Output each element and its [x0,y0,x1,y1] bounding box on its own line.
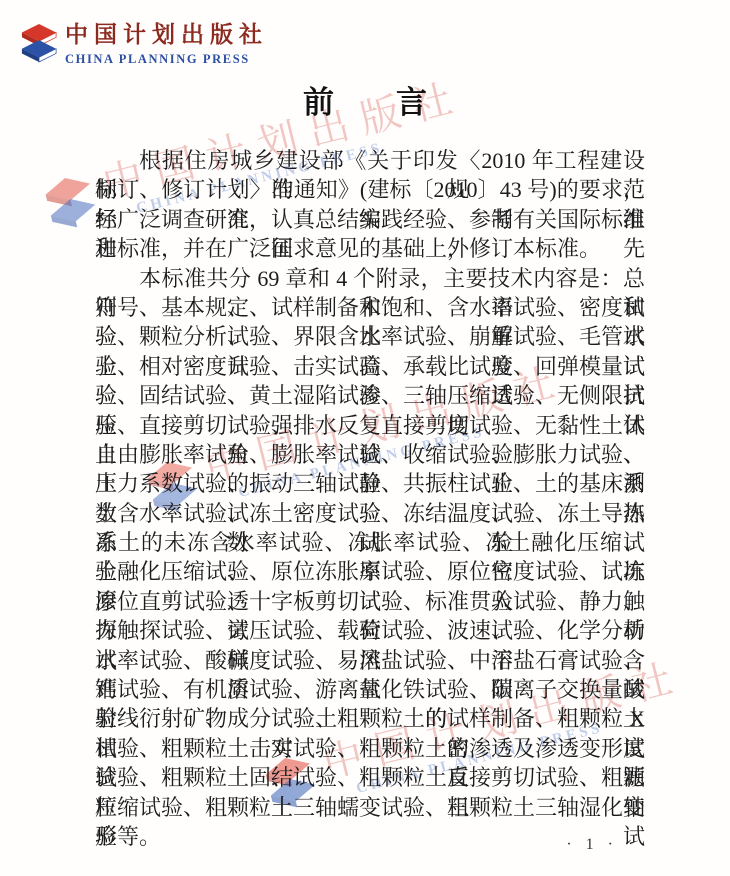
publisher-logo: 中国计划出版社 CHINA PLANNING PRESS [20,22,268,66]
text-line: 符号、基本规定、试样制备和饱和、含水率试验、密度试验、比重试 [95,293,645,322]
text-line: 钙试验、有机质试验、游离氧化铁试验、阳离子交换量试验、土的 X [95,675,645,704]
text-line: 土含水率试验、冻土密度试验、冻结温度试验、冻土导热系数试验、 [95,499,645,528]
text-line: 射线衍射矿物成分试验、粗颗粒土的试样制备、粗颗粒土相对密度 [95,704,645,733]
text-line: 本标准共分 69 章和 4 个附录，主要技术内容是：总则、术语和 [95,264,645,293]
text-line: 土融化压缩试验、原位冻胀率试验、原位密度试验、试坑渗透试验、 [95,557,645,586]
page-number: · 1 · [566,836,618,854]
text-line: 水率试验、酸碱度试验、易溶盐试验、中溶盐石膏试验、难溶盐碳酸 [95,646,645,675]
text-line: 原位直剪试验、十字板剪切试验、标准贯入试验、静力触探试验、动 [95,587,645,616]
book-page: 中国计划出版社 CHINA PLANNING PRESS 中国计划出版社 CHI… [0,0,730,876]
text-line: 试验、粗颗粒土固结试验、粗颗粒土直接剪切试验、粗颗粒土三轴 [95,763,645,792]
publisher-books-icon [20,22,58,64]
publisher-name-chinese: 中国计划出版社 [65,22,268,48]
publisher-name-english: CHINA PLANNING PRESS [65,52,268,66]
text-line: 经广泛调查研究，认真总结实践经验、参考有关国际标准和国外先 [95,205,645,234]
watermark-books-icon [39,169,103,236]
text-line: 进标准，并在广泛征求意见的基础上，修订本标准。 [95,234,645,263]
text-line: 冻土的未冻含水率试验、冻胀率试验、冻土融化压缩试验、原位冻 [95,528,645,557]
text-line: 验、颗粒分析试验、界限含水率试验、崩解试验、毛管水上升高度试 [95,322,645,351]
text-line: 验、固结试验、黄土湿陷试验、三轴压缩试验、无侧限抗压强度试 [95,381,645,410]
text-line: 制订、修订计划〉的通知》(建标〔2010〕43 号)的要求，标准编制组 [95,175,645,204]
text-line: 压力系数试验、振动三轴试验、共振柱试验、土的基床系数试验、冻 [95,469,645,498]
text-line: 压缩试验、粗颗粒土三轴蠕变试验、粗颗粒土三轴湿化变形试 [95,793,645,822]
text-line: 验、直接剪切试验、排水反复直接剪切试验、无黏性土休止角试验、 [95,411,645,440]
text-line: 试验、粗颗粒土击实试验、粗颗粒土的渗透及渗透变形试验、反滤 [95,734,645,763]
text-line: 自由膨胀率试验、膨胀率试验、收缩试验、膨胀力试验、土的静止测 [95,440,645,469]
text-line: 力触探试验、旁压试验、载荷试验、波速试验、化学分析试样风干含 [95,616,645,645]
preface-body: 根据住房城乡建设部《关于印发〈2010 年工程建设标准规范制订、修订计划〉的通知… [95,146,645,851]
text-line: 根据住房城乡建设部《关于印发〈2010 年工程建设标准规范 [95,146,645,175]
page-title: 前 言 [0,77,730,122]
text-line: 验、相对密度试验、击实试验、承载比试验、回弹模量试验、渗透试 [95,352,645,381]
